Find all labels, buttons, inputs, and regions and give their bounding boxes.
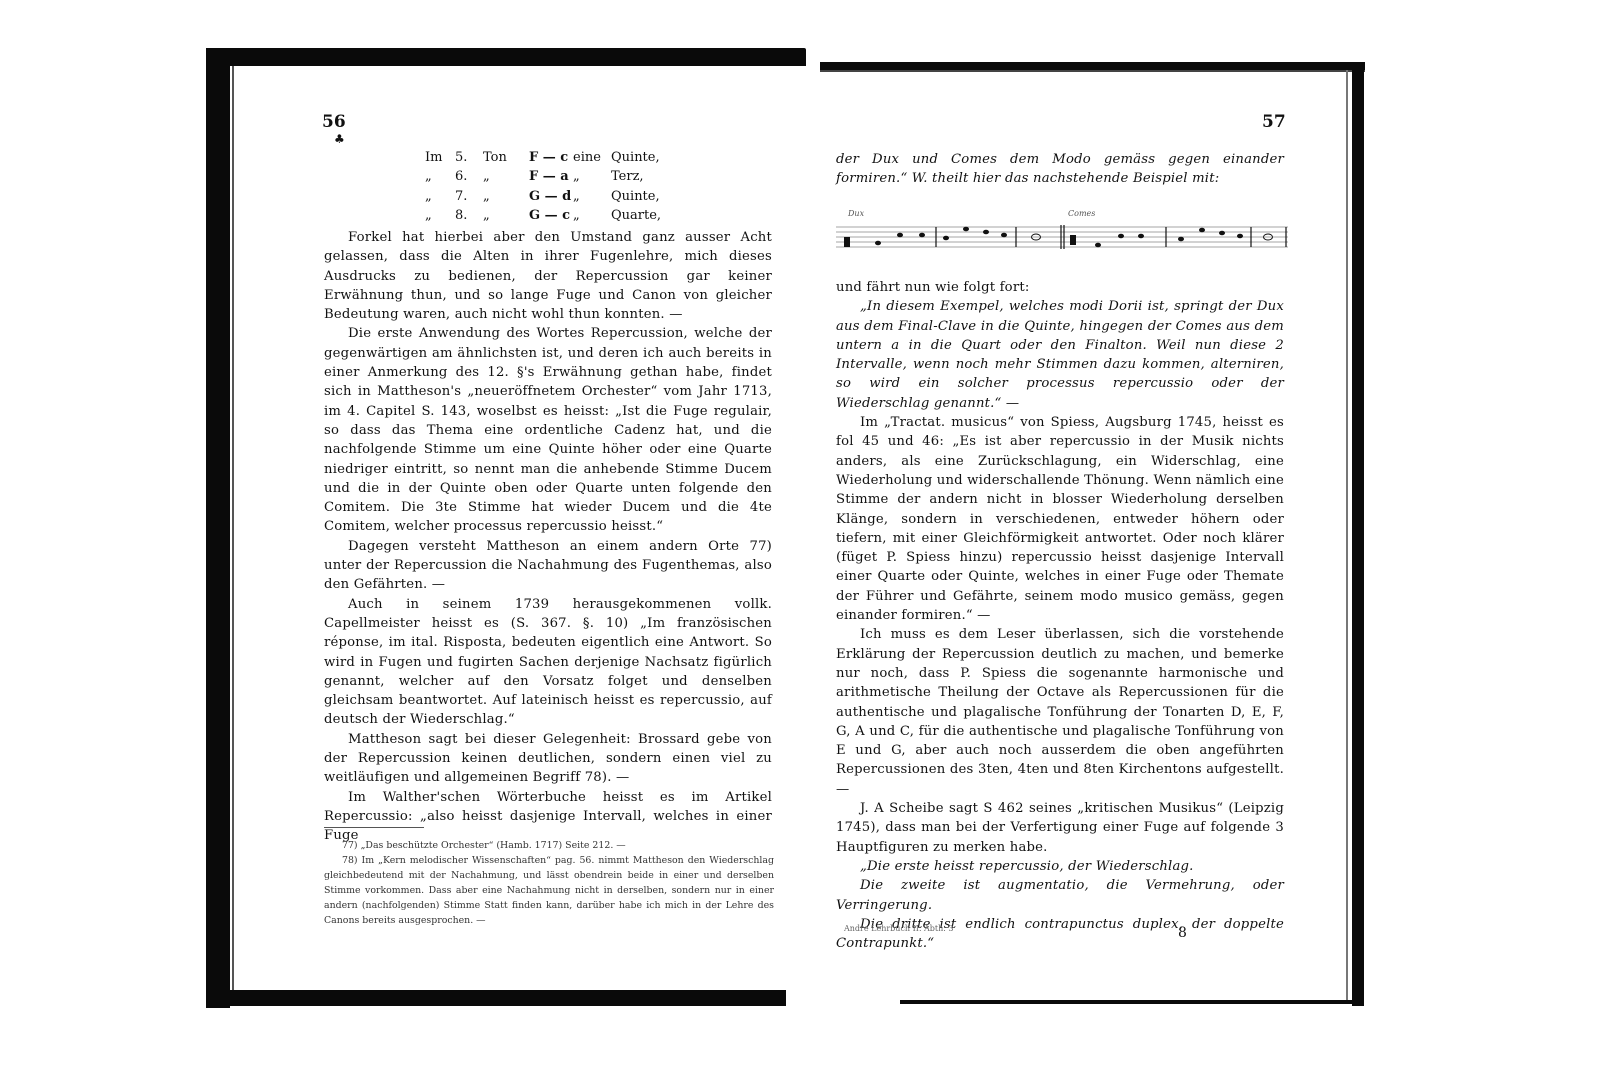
- tone-row: Im 5. Ton F — c eine Quinte,: [425, 148, 661, 167]
- tone-cell: „: [483, 167, 529, 186]
- tone-row: „ 7. „ G — d „ Quinte,: [425, 187, 661, 206]
- tone-cell: „: [425, 187, 455, 206]
- paragraph: Dagegen versteht Mattheson an einem ande…: [324, 537, 772, 595]
- paragraph: Die zweite ist augmentatio, die Vermehru…: [836, 876, 1284, 915]
- page-number-left: 56: [322, 112, 346, 132]
- scanned-book-spread: 56 ♣ Im 5. Ton F — c eine Quinte, „ 6. „…: [0, 0, 1600, 1078]
- footnote-divider: [324, 827, 424, 828]
- tone-cell: 8.: [455, 206, 483, 225]
- paragraph: „Die erste heisst repercussio, der Wiede…: [836, 857, 1284, 876]
- tone-cell: Quarte,: [611, 206, 661, 225]
- printer-signature: Andre Lehrbuch II. Abth. 3: [844, 924, 953, 933]
- tone-cell: 5.: [455, 148, 483, 167]
- tone-cell: G — c: [529, 206, 573, 225]
- paragraph: Im „Tractat. musicus“ von Spiess, Augsbu…: [836, 413, 1284, 625]
- paragraph: J. A Scheibe sagt S 462 seines „kritisch…: [836, 799, 1284, 857]
- footnote: 77) „Das beschützte Orchester“ (Hamb. 17…: [324, 838, 774, 853]
- tone-cell: „: [573, 187, 611, 206]
- book-edge-left: [206, 48, 230, 1008]
- paragraph: Im Walther'schen Wörterbuche heisst es i…: [324, 788, 772, 846]
- tone-cell: Im: [425, 148, 455, 167]
- tone-cell: „: [425, 206, 455, 225]
- book-edge-top-left: [206, 48, 806, 66]
- footnote: 78) Im „Kern melodischer Wissenschaften“…: [324, 853, 774, 928]
- tone-cell: 6.: [455, 167, 483, 186]
- tone-cell: „: [483, 206, 529, 225]
- paragraph: Die erste Anwendung des Wortes Repercuss…: [324, 324, 772, 536]
- book-edge-top-right-line: [820, 70, 1365, 72]
- book-edge-top-right: [820, 62, 1365, 70]
- tone-cell: „: [425, 167, 455, 186]
- tone-cell: Terz,: [611, 167, 644, 186]
- paragraph: Ich muss es dem Leser überlassen, sich d…: [836, 625, 1284, 799]
- paragraph: Forkel hat hierbei aber den Umstand ganz…: [324, 228, 772, 324]
- tone-row: „ 6. „ F — a „ Terz,: [425, 167, 661, 186]
- dux-label: Dux: [848, 209, 864, 218]
- paragraph: „In diesem Exempel, welches modi Dorii i…: [836, 297, 1284, 413]
- music-example: Dux Comes: [836, 215, 1288, 265]
- tone-cell: „: [573, 167, 611, 186]
- tone-cell: F — a: [529, 167, 573, 186]
- tone-cell: F — c: [529, 148, 573, 167]
- tone-cell: „: [483, 187, 529, 206]
- tone-table: Im 5. Ton F — c eine Quinte, „ 6. „ F — …: [425, 148, 661, 226]
- book-edge-bottom-left: [206, 990, 786, 1006]
- book-edge-left-line: [232, 66, 234, 996]
- tone-row: „ 8. „ G — c „ Quarte,: [425, 206, 661, 225]
- tone-cell: 7.: [455, 187, 483, 206]
- right-page-body: und fährt nun wie folgt fort: „In diesem…: [836, 278, 1284, 953]
- tone-cell: eine: [573, 148, 611, 167]
- tone-cell: Ton: [483, 148, 529, 167]
- tone-cell: „: [573, 206, 611, 225]
- comes-label: Comes: [1068, 209, 1095, 218]
- right-page-intro: der Dux und Comes dem Modo gemäss gegen …: [836, 150, 1284, 189]
- paragraph: Die dritte ist endlich contrapunctus dup…: [836, 915, 1284, 954]
- book-edge-right-line: [1346, 70, 1348, 1000]
- paragraph: Mattheson sagt bei dieser Gelegenheit: B…: [324, 730, 772, 788]
- ornament-icon: ♣: [334, 132, 345, 146]
- page-number-right: 57: [1262, 112, 1286, 132]
- sheet-number: 8: [1178, 925, 1187, 941]
- paragraph: Auch in seinem 1739 herausgekommenen vol…: [324, 595, 772, 730]
- left-page-body: Forkel hat hierbei aber den Umstand ganz…: [324, 228, 772, 846]
- tone-cell: Quinte,: [611, 148, 660, 167]
- footnotes: 77) „Das beschützte Orchester“ (Hamb. 17…: [324, 838, 774, 928]
- paragraph: der Dux und Comes dem Modo gemäss gegen …: [836, 150, 1284, 189]
- tone-cell: G — d: [529, 187, 573, 206]
- music-staff-icon: [836, 215, 1288, 265]
- tone-cell: Quinte,: [611, 187, 660, 206]
- book-edge-bottom-right: [900, 1000, 1360, 1004]
- book-edge-right: [1352, 66, 1364, 1006]
- paragraph: und fährt nun wie folgt fort:: [836, 278, 1284, 297]
